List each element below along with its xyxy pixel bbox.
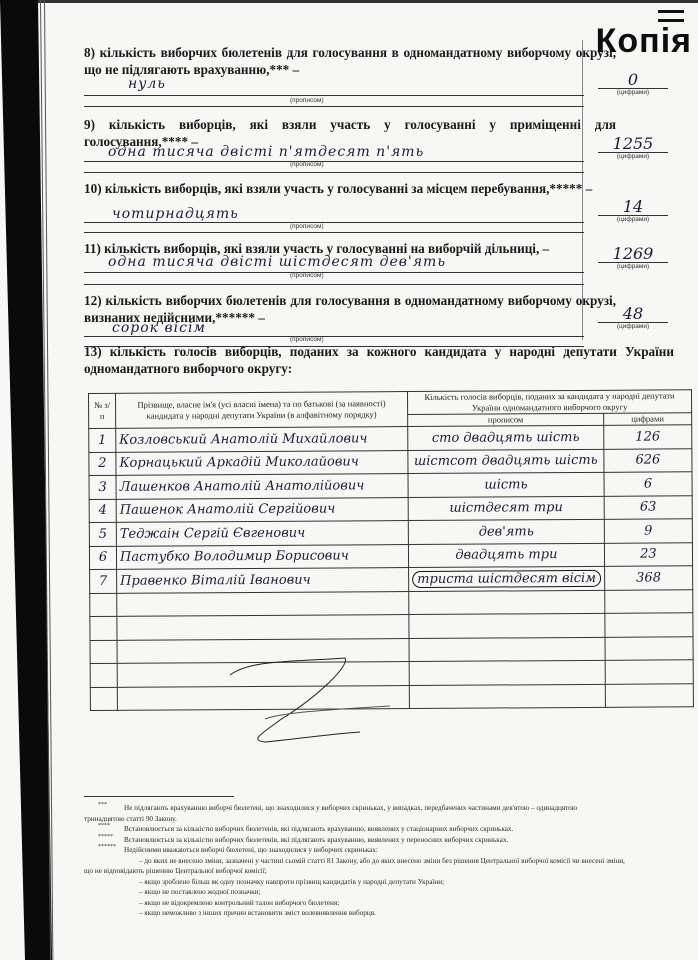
votes-words: триста шістдесят вісім xyxy=(409,566,605,591)
votes-words: дев'ять xyxy=(408,519,604,544)
footnote: ****** Недійсними вважаються виборчі бюл… xyxy=(84,845,684,856)
footnote-text: Недійсними вважаються виборчі бюлетені, … xyxy=(84,845,684,856)
item-11-words: одна тисяча двісті шістдесят дев'ять xyxy=(108,254,446,270)
candidate-name: Теджаін Сергій Євгенович xyxy=(116,521,408,546)
item-9-words-caption: (прописом) xyxy=(290,161,324,168)
item-10-words-caption: (прописом) xyxy=(290,223,324,230)
footnote: *** Не підлягають врахуванню виборчі бюл… xyxy=(84,803,684,824)
item-12-digits-caption: (цифрами) xyxy=(598,323,668,330)
invalid-conditions: – до яких не внесено зміни, зазначені у … xyxy=(84,856,684,919)
footnote-mark: ***** xyxy=(98,832,113,843)
header-votes-digits: цифрами xyxy=(603,413,691,426)
item-10-digits-caption: (цифрами) xyxy=(598,216,668,223)
item-10-words: чотирнадцять xyxy=(112,206,239,222)
separator xyxy=(84,232,584,233)
condition-item: – якщо не відокремлено контрольний талон… xyxy=(84,898,684,909)
footnote-continuation: тринадцятою статті 90 Закону. xyxy=(84,814,684,825)
condition-item: – до яких не внесено зміни, зазначені у … xyxy=(84,856,684,867)
votes-words: шістсот двадцять шість xyxy=(408,449,604,474)
item-8-digits: 0 xyxy=(598,70,668,88)
votes-words xyxy=(409,684,605,709)
footnote-text: Встановлюється за кількістю виборчих бюл… xyxy=(84,824,684,835)
candidate-number: 4 xyxy=(89,499,116,523)
item-10-words-line xyxy=(84,222,584,223)
candidate-name: Корнацький Аркадій Миколайович xyxy=(116,450,408,475)
footnote: ***** Встановлюється за кількістю виборч… xyxy=(84,835,684,846)
footnotes: *** Не підлягають врахуванню виборчі бюл… xyxy=(84,796,684,919)
item-11-words-caption: (прописом) xyxy=(290,272,324,279)
candidate-name xyxy=(117,615,409,640)
votes-digits: 6 xyxy=(604,472,692,496)
votes-words: шість xyxy=(408,472,604,497)
item-12-words-caption: (прописом) xyxy=(290,336,324,343)
footnote-text: Встановлюється за кількістю виборчих бюл… xyxy=(84,835,684,846)
item-8-digits-box: 0 (цифрами) xyxy=(598,70,668,96)
item-8-question: 8) кількість виборчих бюлетенів для голо… xyxy=(84,44,616,78)
votes-words: сто двадцять шість xyxy=(408,425,604,450)
candidate-number: 1 xyxy=(89,428,116,452)
votes-words: двадцять три xyxy=(408,543,604,568)
item-11-digits: 1269 xyxy=(598,244,668,262)
item-12-digits-box: 48 (цифрами) xyxy=(598,304,668,330)
item-10-question: 10) кількість виборців, які взяли участь… xyxy=(84,180,616,197)
condition-item: – якщо не поставлено жодної позначки; xyxy=(84,887,684,898)
votes-digits: 126 xyxy=(604,425,692,449)
votes-digits xyxy=(605,589,693,613)
item-10-digits: 14 xyxy=(598,197,668,215)
header-number: № з/п xyxy=(89,393,116,428)
item-8-words: нуль xyxy=(128,76,166,92)
candidate-number xyxy=(90,640,117,664)
candidate-name: Лашенков Анатолій Анатолійович xyxy=(116,474,408,499)
candidate-number: 5 xyxy=(89,522,116,546)
candidate-name: Пастубко Володимир Борисович xyxy=(116,544,408,569)
item-11-words-line xyxy=(84,272,584,273)
candidate-number: 7 xyxy=(90,569,117,593)
votes-words xyxy=(409,660,605,685)
item-9-digits: 1255 xyxy=(598,134,668,152)
votes-digits xyxy=(605,660,693,684)
item-8-words-caption: (прописом) xyxy=(290,97,324,104)
candidate-name: Правенко Віталій Іванович xyxy=(117,568,409,593)
item-12-words-line xyxy=(84,336,584,337)
stamp-mark-icon xyxy=(658,10,684,22)
item-10-digits-box: 14 (цифрами) xyxy=(598,197,668,223)
candidate-number: 6 xyxy=(89,546,116,570)
item-12-words: сорок вісім xyxy=(112,320,206,336)
votes-digits: 626 xyxy=(604,448,692,472)
separator xyxy=(84,172,584,173)
condition-item: – якщо неможливо з інших причин встанови… xyxy=(84,908,684,919)
candidate-name xyxy=(117,591,409,616)
item-10: 10) кількість виборців, які взяли участь… xyxy=(84,180,616,197)
votes-words xyxy=(409,613,605,638)
votes-digits: 368 xyxy=(604,566,692,590)
header-votes: Кількість голосів виборців, поданих за к… xyxy=(407,390,691,415)
condition-item: – якщо зроблено більш як одну позначку н… xyxy=(84,877,684,888)
item-8: 8) кількість виборчих бюлетенів для голо… xyxy=(84,44,616,78)
votes-digits: 23 xyxy=(604,542,692,566)
votes-digits xyxy=(605,636,693,660)
separator xyxy=(84,284,584,285)
candidate-name: Козловський Анатолій Михайлович xyxy=(116,427,408,452)
footnote-separator xyxy=(84,796,234,797)
item-11-digits-caption: (цифрами) xyxy=(598,263,668,270)
scan-top-edge xyxy=(0,0,698,3)
separator xyxy=(84,106,584,107)
item-8-words-line xyxy=(84,95,584,96)
footnote-mark: **** xyxy=(98,821,110,832)
candidate-number xyxy=(90,616,117,640)
circled-votes-words: триста шістдесят вісім xyxy=(412,570,601,588)
votes-digits xyxy=(605,683,693,707)
footnote-text: Не підлягають врахуванню виборчі бюлетен… xyxy=(84,803,684,814)
item-13-question: 13) кількість голосів виборців, поданих … xyxy=(84,343,674,377)
votes-digits xyxy=(605,613,693,637)
condition-item: що не відповідають рішенню Центральної в… xyxy=(84,866,684,877)
candidate-number xyxy=(90,593,117,617)
item-9-digits-caption: (цифрами) xyxy=(598,153,668,160)
header-candidate-name: Прізвище, власне ім'я (усі власні імена)… xyxy=(116,392,408,429)
footnote-mark: ****** xyxy=(98,842,116,853)
votes-words: шістдесят три xyxy=(408,496,604,521)
item-9-digits-box: 1255 (цифрами) xyxy=(598,134,668,160)
item-9-words: одна тисяча двісті п'ятдесят п'ять xyxy=(108,144,424,160)
item-11-digits-box: 1269 (цифрами) xyxy=(598,244,668,270)
candidate-name: Пашенок Анатолій Сергійович xyxy=(116,497,408,522)
footnote-mark: *** xyxy=(98,800,107,811)
votes-words xyxy=(409,637,605,662)
signature-strikethrough xyxy=(180,640,420,750)
candidate-number: 2 xyxy=(89,452,116,476)
candidate-number xyxy=(90,687,117,711)
item-9-words-line xyxy=(84,161,584,162)
footnote: **** Встановлюється за кількістю виборчи… xyxy=(84,824,684,835)
item-12-digits: 48 xyxy=(598,304,668,322)
votes-words xyxy=(409,590,605,615)
votes-digits: 63 xyxy=(604,495,692,519)
candidate-number: 3 xyxy=(89,475,116,499)
votes-digits: 9 xyxy=(604,519,692,543)
candidate-number xyxy=(90,663,117,687)
item-8-digits-caption: (цифрами) xyxy=(598,89,668,96)
